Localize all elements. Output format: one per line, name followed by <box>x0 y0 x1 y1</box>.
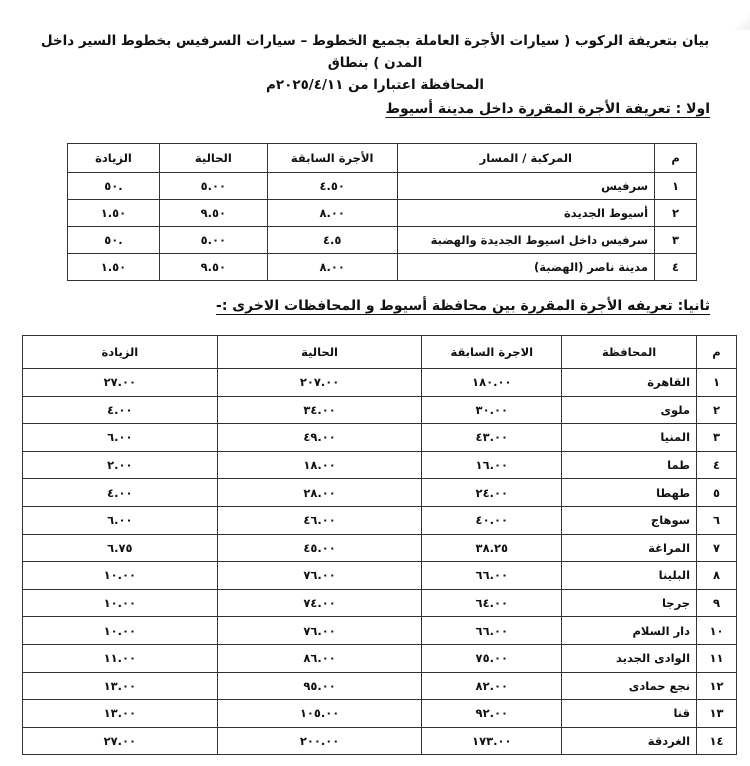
title-line-2: المحافظة اعتبارا من ٢٠٢٥/٤/١١م <box>20 74 730 96</box>
prev-fare: ٤.٥٠ <box>267 173 397 200</box>
increase: ١٠.٠٠ <box>23 589 218 617</box>
prev-fare: ٤.٥ <box>267 227 397 254</box>
increase: ٢٧.٠٠ <box>23 369 218 397</box>
prev-fare: ٦٤.٠٠ <box>422 589 562 617</box>
current-fare: ١٨.٠٠ <box>217 451 422 479</box>
city-fare-table: م المركبة / المسار الأجرة السابقة الحالي… <box>67 143 697 281</box>
route-name: مدينة ناصر (الهضبة) <box>397 254 654 281</box>
row-num: ٣ <box>697 424 737 452</box>
table-row: ٧المراغة٣٨.٢٥٤٥.٠٠٦.٧٥ <box>23 534 737 562</box>
document-title: بيان بتعريفة الركوب ( سيارات الأجرة العا… <box>20 30 730 96</box>
table-row: ٢ أسيوط الجديدة ٨.٠٠ ٩.٥٠ ١.٥٠ <box>68 200 697 227</box>
row-num: ١ <box>655 173 697 200</box>
row-num: ١٤ <box>697 727 737 755</box>
increase: ١٣.٠٠ <box>23 700 218 728</box>
prev-fare: ٨٢.٠٠ <box>422 672 562 700</box>
governorate-name: الغردقة <box>562 727 697 755</box>
current-fare: ٣٤.٠٠ <box>217 396 422 424</box>
governorate-name: المنيا <box>562 424 697 452</box>
table-row: ١القاهرة١٨٠.٠٠٢٠٧.٠٠٢٧.٠٠ <box>23 369 737 397</box>
row-num: ٥ <box>697 479 737 507</box>
current-fare: ٤٩.٠٠ <box>217 424 422 452</box>
route-name: سرفيس <box>397 173 654 200</box>
table-row: ٨البلينا٦٦.٠٠٧٦.٠٠١٠.٠٠ <box>23 562 737 590</box>
current-fare: ١٠٥.٠٠ <box>217 700 422 728</box>
table-row: ٢ملوى٣٠.٠٠٣٤.٠٠٤.٠٠ <box>23 396 737 424</box>
row-num: ٨ <box>697 562 737 590</box>
prev-fare: ٣٠.٠٠ <box>422 396 562 424</box>
header-route: المركبة / المسار <box>397 144 654 173</box>
increase: ٤.٠٠ <box>23 396 218 424</box>
header-num: م <box>655 144 697 173</box>
current-fare: ٢٨.٠٠ <box>217 479 422 507</box>
table-row: ٣المنيا٤٣.٠٠٤٩.٠٠٦.٠٠ <box>23 424 737 452</box>
governorate-name: البلينا <box>562 562 697 590</box>
table-row: ١١الوادى الجديد٧٥.٠٠٨٦.٠٠١١.٠٠ <box>23 644 737 672</box>
current-fare: ٩.٥٠ <box>159 254 267 281</box>
increase: ١.٥٠ <box>68 200 160 227</box>
current-fare: ٥.٠٠ <box>159 173 267 200</box>
increase: .٥٠ <box>68 227 160 254</box>
current-fare: ٢٠٠.٠٠ <box>217 727 422 755</box>
row-num: ١٢ <box>697 672 737 700</box>
governorate-name: المراغة <box>562 534 697 562</box>
increase: ١٠.٠٠ <box>23 617 218 645</box>
current-fare: ٤٦.٠٠ <box>217 506 422 534</box>
row-num: ١ <box>697 369 737 397</box>
section2-heading: ثانيا: تعريفه الأجرة المقررة بين محافظة … <box>216 298 710 314</box>
prev-fare: ٤٣.٠٠ <box>422 424 562 452</box>
prev-fare: ٨.٠٠ <box>267 254 397 281</box>
row-num: ٧ <box>697 534 737 562</box>
prev-fare: ٦٦.٠٠ <box>422 562 562 590</box>
prev-fare: ٧٥.٠٠ <box>422 644 562 672</box>
table-row: ٤ مدينة ناصر (الهضبة) ٨.٠٠ ٩.٥٠ ١.٥٠ <box>68 254 697 281</box>
increase: ٦.٠٠ <box>23 424 218 452</box>
row-num: ١١ <box>697 644 737 672</box>
row-num: ٣ <box>655 227 697 254</box>
row-num: ٤ <box>697 451 737 479</box>
increase: ٢.٠٠ <box>23 451 218 479</box>
table-row: ١ سرفيس ٤.٥٠ ٥.٠٠ .٥٠ <box>68 173 697 200</box>
current-fare: ٧٦.٠٠ <box>217 617 422 645</box>
prev-fare: ٣٨.٢٥ <box>422 534 562 562</box>
header-increase: الزيادة <box>23 336 218 369</box>
increase: ١.٥٠ <box>68 254 160 281</box>
table-row: ٩جرجا٦٤.٠٠٧٤.٠٠١٠.٠٠ <box>23 589 737 617</box>
current-fare: ٥.٠٠ <box>159 227 267 254</box>
current-fare: ٩٥.٠٠ <box>217 672 422 700</box>
prev-fare: ٦٦.٠٠ <box>422 617 562 645</box>
increase: .٥٠ <box>68 173 160 200</box>
prev-fare: ٩٢.٠٠ <box>422 700 562 728</box>
governorate-name: طما <box>562 451 697 479</box>
header-increase: الزيادة <box>68 144 160 173</box>
page-corner-artifact <box>732 0 750 30</box>
current-fare: ٢٠٧.٠٠ <box>217 369 422 397</box>
table-row: ١٣قنا٩٢.٠٠١٠٥.٠٠١٣.٠٠ <box>23 700 737 728</box>
table-row: ١٤الغردقة١٧٣.٠٠٢٠٠.٠٠٢٧.٠٠ <box>23 727 737 755</box>
route-name: سرفيس داخل اسيوط الجديدة والهضبة <box>397 227 654 254</box>
table-row: ١٢نجع حمادى٨٢.٠٠٩٥.٠٠١٣.٠٠ <box>23 672 737 700</box>
header-governorate: المحافظة <box>562 336 697 369</box>
governorate-name: دار السلام <box>562 617 697 645</box>
current-fare: ٤٥.٠٠ <box>217 534 422 562</box>
table-row: ٤طما١٦.٠٠١٨.٠٠٢.٠٠ <box>23 451 737 479</box>
increase: ١٣.٠٠ <box>23 672 218 700</box>
governorate-name: القاهرة <box>562 369 697 397</box>
row-num: ١٣ <box>697 700 737 728</box>
prev-fare: ٨.٠٠ <box>267 200 397 227</box>
governorate-name: طهطا <box>562 479 697 507</box>
intercity-fare-table: م المحافظة الاجرة السابقة الحالية الزياد… <box>22 335 737 755</box>
prev-fare: ١٧٣.٠٠ <box>422 727 562 755</box>
header-prev-fare: الاجرة السابقة <box>422 336 562 369</box>
row-num: ٢ <box>655 200 697 227</box>
table-header-row: م المحافظة الاجرة السابقة الحالية الزياد… <box>23 336 737 369</box>
increase: ١٠.٠٠ <box>23 562 218 590</box>
header-prev-fare: الأجرة السابقة <box>267 144 397 173</box>
prev-fare: ١٦.٠٠ <box>422 451 562 479</box>
prev-fare: ٤٠.٠٠ <box>422 506 562 534</box>
table-row: ٦سوهاج٤٠.٠٠٤٦.٠٠٦.٠٠ <box>23 506 737 534</box>
table-row: ٥طهطا٢٤.٠٠٢٨.٠٠٤.٠٠ <box>23 479 737 507</box>
header-current-fare: الحالية <box>217 336 422 369</box>
title-line-1: بيان بتعريفة الركوب ( سيارات الأجرة العا… <box>20 30 730 74</box>
section1-heading: اولا : تعريفة الأجرة المقررة داخل مدينة … <box>385 101 710 117</box>
table-header-row: م المركبة / المسار الأجرة السابقة الحالي… <box>68 144 697 173</box>
row-num: ١٠ <box>697 617 737 645</box>
header-num: م <box>697 336 737 369</box>
current-fare: ٧٤.٠٠ <box>217 589 422 617</box>
governorate-name: قنا <box>562 700 697 728</box>
increase: ٦.٧٥ <box>23 534 218 562</box>
row-num: ٦ <box>697 506 737 534</box>
current-fare: ٩.٥٠ <box>159 200 267 227</box>
governorate-name: نجع حمادى <box>562 672 697 700</box>
increase: ٦.٠٠ <box>23 506 218 534</box>
increase: ٤.٠٠ <box>23 479 218 507</box>
row-num: ٢ <box>697 396 737 424</box>
route-name: أسيوط الجديدة <box>397 200 654 227</box>
increase: ٢٧.٠٠ <box>23 727 218 755</box>
prev-fare: ٢٤.٠٠ <box>422 479 562 507</box>
table-row: ١٠دار السلام٦٦.٠٠٧٦.٠٠١٠.٠٠ <box>23 617 737 645</box>
governorate-name: الوادى الجديد <box>562 644 697 672</box>
header-current-fare: الحالية <box>159 144 267 173</box>
table-row: ٣ سرفيس داخل اسيوط الجديدة والهضبة ٤.٥ ٥… <box>68 227 697 254</box>
prev-fare: ١٨٠.٠٠ <box>422 369 562 397</box>
current-fare: ٧٦.٠٠ <box>217 562 422 590</box>
current-fare: ٨٦.٠٠ <box>217 644 422 672</box>
row-num: ٤ <box>655 254 697 281</box>
increase: ١١.٠٠ <box>23 644 218 672</box>
governorate-name: جرجا <box>562 589 697 617</box>
governorate-name: سوهاج <box>562 506 697 534</box>
governorate-name: ملوى <box>562 396 697 424</box>
row-num: ٩ <box>697 589 737 617</box>
